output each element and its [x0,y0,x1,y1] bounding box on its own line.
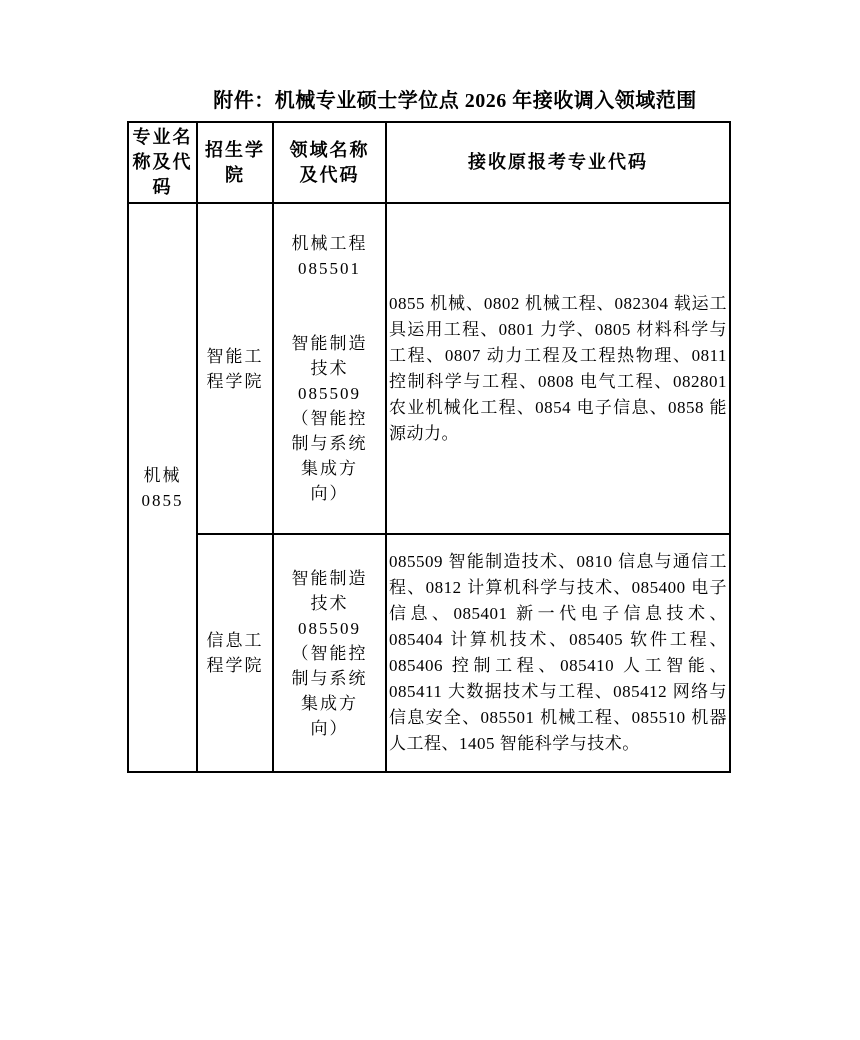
table-row: 机械 0855 智能工 程学院 机械工程 085501 智能制造 技术 0855… [128,203,730,534]
field-name-code-cell: 智能制造 技术 085509 （智能控 制与系统 集成方 向） [273,534,386,772]
header-accepted-original-codes: 接收原报考专业代码 [386,122,730,203]
header-field-name-code: 领域名称 及代码 [273,122,386,203]
header-major-name-code: 专业名 称及代 码 [128,122,197,203]
field-name-code-cell: 机械工程 085501 智能制造 技术 085509 （智能控 制与系统 集成方… [273,203,386,534]
college-cell: 信息工 程学院 [197,534,273,772]
attachment-title: 附件：机械专业硕士学位点 2026 年接收调入领域范围 [155,84,755,113]
accepted-codes-cell: 0855 机械、0802 机械工程、082304 载运工具运用工程、0801 力… [386,203,730,534]
accepted-codes-cell: 085509 智能制造技术、0810 信息与通信工程、0812 计算机科学与技术… [386,534,730,772]
admission-fields-table: 专业名 称及代 码 招生学 院 领域名称 及代码 接收原报考专业代码 机械 08… [127,121,731,773]
table-row: 信息工 程学院 智能制造 技术 085509 （智能控 制与系统 集成方 向） … [128,534,730,772]
major-name-code-cell: 机械 0855 [128,203,197,772]
college-cell: 智能工 程学院 [197,203,273,534]
document-page: 附件：机械专业硕士学位点 2026 年接收调入领域范围 专业名 称及代 码 招生… [0,0,860,1040]
header-enrolling-college: 招生学 院 [197,122,273,203]
table-header-row: 专业名 称及代 码 招生学 院 领域名称 及代码 接收原报考专业代码 [128,122,730,203]
